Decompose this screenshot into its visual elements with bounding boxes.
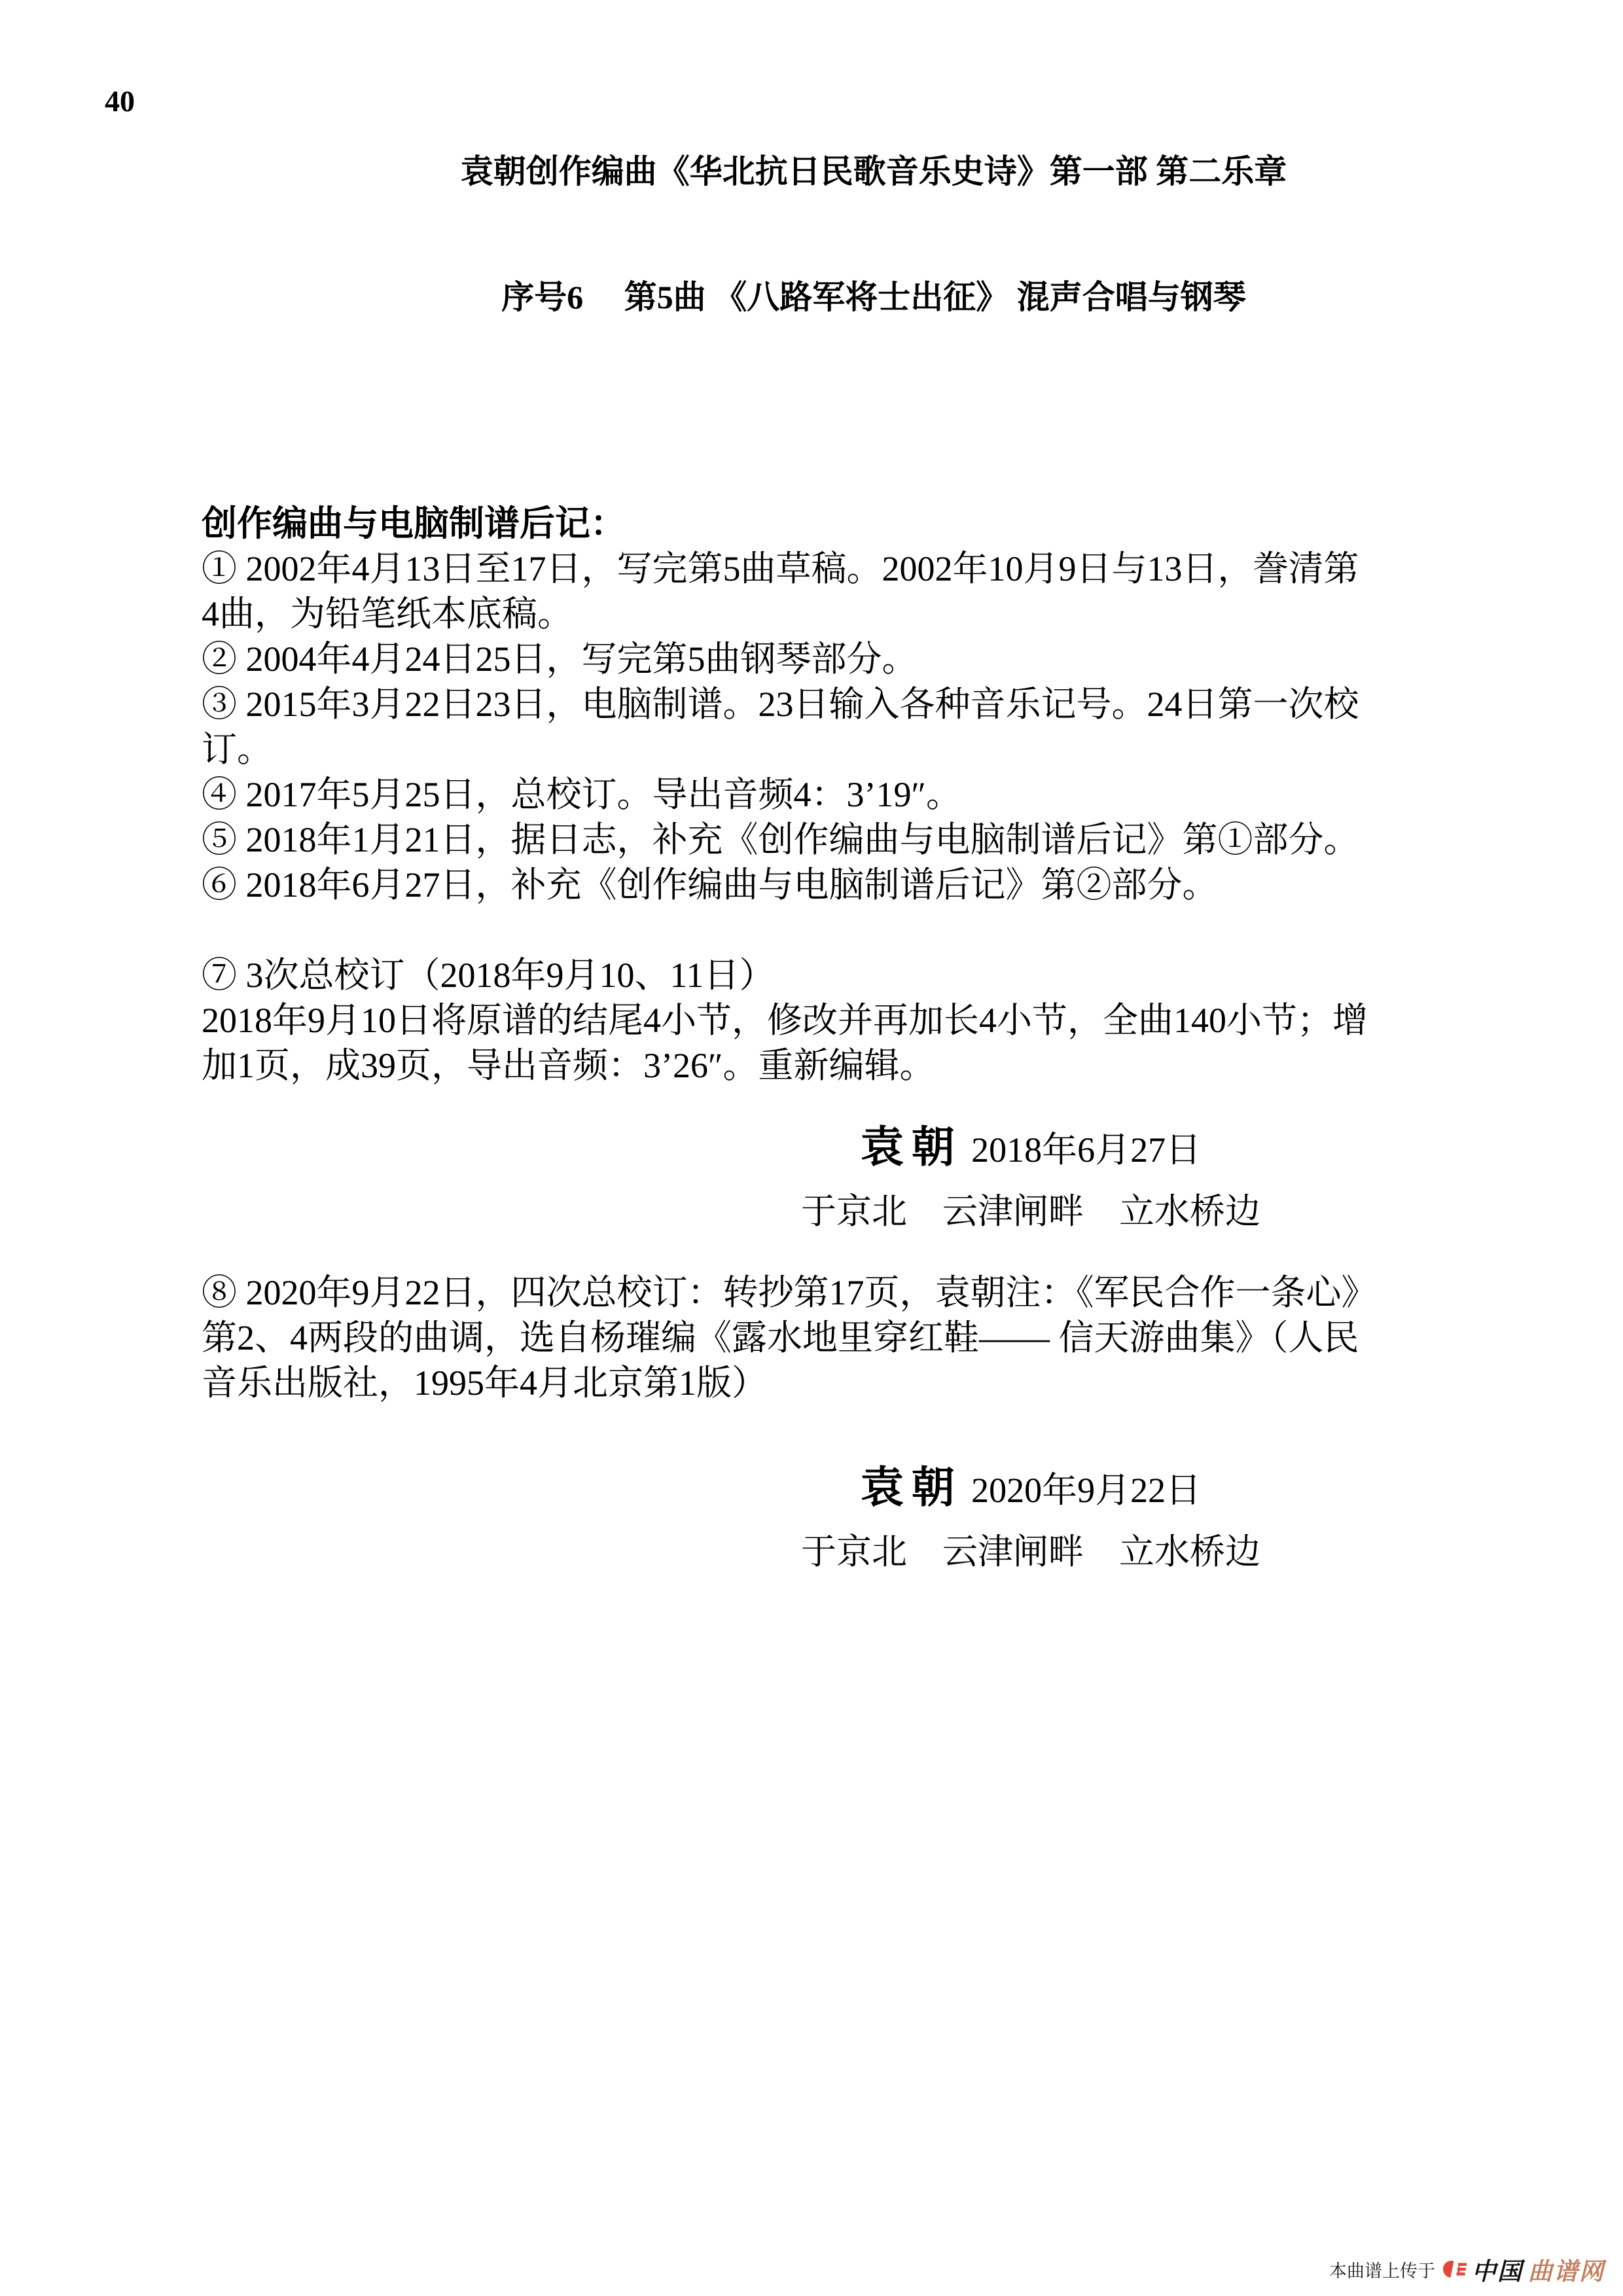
note-line: 第2、4两段的曲调，选自杨璀编《露水地里穿红鞋—— 信天游曲集》（人民 [202, 1316, 1474, 1361]
header-title-line2: 序号6 第5曲 《八路军将士出征》 混声合唱与钢琴 [124, 276, 1623, 318]
note-line: ⑤ 2018年1月21日，据日志，补充《创作编曲与电脑制谱后记》第①部分。 [202, 817, 1474, 863]
document-page: 40 袁朝创作编曲《华北抗日民歌音乐史诗》第一部 第二乐章 序号6 第5曲 《八… [0, 0, 1623, 2296]
watermark: 本曲谱上传于 中国 曲谱网 [1329, 2251, 1605, 2287]
note-line: ⑦ 3次总校订（2018年9月10、11日） [202, 953, 1474, 998]
note-line: ④ 2017年5月25日，总校订。导出音频4：3’19″。 [202, 772, 1474, 817]
signature-date: 2018年6月27日 [971, 1130, 1201, 1170]
brand-name-secondary: 曲谱网 [1528, 2251, 1605, 2287]
signature-place: 于京北 云津闸畔 立水桥边 [438, 1530, 1623, 1575]
signature-name: 袁朝 [861, 1124, 963, 1172]
signature-date [963, 1130, 972, 1170]
page-number: 40 [105, 86, 135, 117]
signature-date: 2020年9月22日 [971, 1471, 1201, 1510]
note-line: ② 2004年4月24日25日，写完第5曲钢琴部分。 [202, 637, 1474, 682]
signature-place: 于京北 云津闸畔 立水桥边 [438, 1189, 1623, 1234]
signature-block-2018: 袁朝 2018年6月27日 于京北 云津闸畔 立水桥边 [438, 1118, 1623, 1234]
postscript-body-continued: ⑧ 2020年9月22日，四次总校订：转抄第17页，袁朝注：《军民合作一条心》 … [202, 1270, 1474, 1406]
postscript-heading: 创作编曲与电脑制谱后记： [202, 501, 1474, 547]
postscript-body: 创作编曲与电脑制谱后记： ① 2002年4月13日至17日，写完第5曲草稿。20… [202, 501, 1474, 1088]
signature-date [963, 1471, 972, 1510]
note-line: ⑥ 2018年6月27日，补充《创作编曲与电脑制谱后记》第②部分。 [202, 863, 1474, 908]
note-line: 订。 [202, 727, 1474, 772]
header-title-line1: 袁朝创作编曲《华北抗日民歌音乐史诗》第一部 第二乐章 [124, 151, 1623, 192]
note-line: 加1页，成39页，导出音频：3’26″。重新编辑。 [202, 1043, 1474, 1088]
note-line: ① 2002年4月13日至17日，写完第5曲草稿。2002年10月9日与13日，… [202, 547, 1474, 592]
note-line: 2018年9月10日将原谱的结尾4小节，修改并再加长4小节，全曲140小节；增 [202, 998, 1474, 1043]
blank-line [202, 908, 1474, 953]
note-line: ③ 2015年3月22日23日，电脑制谱。23日输入各种音乐记号。24日第一次校 [202, 682, 1474, 727]
signature-top-line: 袁朝 2018年6月27日 [438, 1118, 1623, 1189]
watermark-prefix: 本曲谱上传于 [1329, 2257, 1435, 2282]
brand-name-primary: 中国 [1472, 2251, 1523, 2287]
signature-top-line: 袁朝 2020年9月22日 [438, 1458, 1623, 1530]
note-line: 音乐出版社，1995年4月北京第1版） [202, 1361, 1474, 1406]
note-line: 4曲，为铅笔纸本底稿。 [202, 592, 1474, 637]
note-line: ⑧ 2020年9月22日，四次总校订：转抄第17页，袁朝注：《军民合作一条心》 [202, 1270, 1474, 1316]
music-brand-icon [1443, 2259, 1468, 2280]
signature-block-2020: 袁朝 2020年9月22日 于京北 云津闸畔 立水桥边 [438, 1458, 1623, 1575]
document-header: 袁朝创作编曲《华北抗日民歌音乐史诗》第一部 第二乐章 序号6 第5曲 《八路军将… [124, 0, 1623, 402]
signature-name: 袁朝 [861, 1464, 963, 1512]
